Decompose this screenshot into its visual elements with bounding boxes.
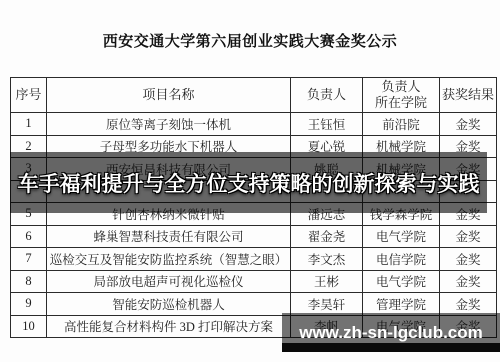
- cell-seq: 9: [11, 293, 47, 316]
- cell-award: 金奖: [440, 113, 497, 136]
- watermark: www.zh-sn-lgclub.com: [282, 313, 500, 352]
- cell-project: 智能安防巡检机器人: [47, 293, 291, 316]
- cell-project: 巡检交互及智能安防监控系统（智慧之眼）: [47, 248, 291, 271]
- cell-leader: 李昊轩: [291, 293, 363, 316]
- column-header-leader: 负责人: [291, 78, 363, 113]
- cell-project: 蜂巢智慧科技责任有限公司: [47, 225, 291, 248]
- awards-table-body: 1原位等离子刻蚀一体机王钰恒前沿院金奖2子母型多功能水下机器人夏心锐机械学院金奖…: [11, 113, 497, 338]
- cell-college: 电气学院: [363, 270, 440, 293]
- cell-award: 金奖: [440, 270, 497, 293]
- column-header-college: 负责人 所在学院: [363, 78, 440, 113]
- cell-seq: 10: [11, 315, 47, 338]
- watermark-black-bar: [282, 343, 500, 352]
- table-row: 8局部放电超声可视化巡检仪王彬电气学院金奖: [11, 270, 497, 293]
- screenshot-root: 西安交通大学第六届创业实践大赛金奖公示 序号 项目名称 负责人 负责人 所在学院…: [0, 0, 500, 362]
- watermark-text: www.zh-sn-lgclub.com: [282, 313, 500, 343]
- cell-seq: 7: [11, 248, 47, 271]
- cell-college: 电气学院: [363, 225, 440, 248]
- cell-project: 原位等离子刻蚀一体机: [47, 113, 291, 136]
- table-row: 6蜂巢智慧科技责任有限公司翟金尧电气学院金奖: [11, 225, 497, 248]
- cell-project: 局部放电超声可视化巡检仪: [47, 270, 291, 293]
- cell-award: 金奖: [440, 293, 497, 316]
- overlay-banner-text: 车手福利提升与全方位支持策略的创新探索与实践: [18, 168, 480, 198]
- cell-project: 高性能复合材料构件 3D 打印解决方案: [47, 315, 291, 338]
- cell-award: 金奖: [440, 225, 497, 248]
- table-row: 1原位等离子刻蚀一体机王钰恒前沿院金奖: [11, 113, 497, 136]
- cell-leader: 王彬: [291, 270, 363, 293]
- column-header-award: 获奖结果: [440, 78, 497, 113]
- cell-seq: 1: [11, 113, 47, 136]
- cell-college: 前沿院: [363, 113, 440, 136]
- cell-seq: 6: [11, 225, 47, 248]
- cell-leader: 翟金尧: [291, 225, 363, 248]
- column-header-project: 项目名称: [47, 78, 291, 113]
- cell-award: 金奖: [440, 248, 497, 271]
- cell-college: 电信学院: [363, 248, 440, 271]
- cell-seq: 8: [11, 270, 47, 293]
- overlay-banner: 车手福利提升与全方位支持策略的创新探索与实践: [10, 152, 487, 213]
- table-row: 7巡检交互及智能安防监控系统（智慧之眼）李文杰电信学院金奖: [11, 248, 497, 271]
- column-header-seq: 序号: [11, 78, 47, 113]
- table-row: 9智能安防巡检机器人李昊轩管理学院金奖: [11, 293, 497, 316]
- cell-leader: 王钰恒: [291, 113, 363, 136]
- page-title: 西安交通大学第六届创业实践大赛金奖公示: [0, 30, 500, 51]
- cell-leader: 李文杰: [291, 248, 363, 271]
- cell-college: 管理学院: [363, 293, 440, 316]
- table-header-row: 序号 项目名称 负责人 负责人 所在学院 获奖结果: [11, 78, 497, 113]
